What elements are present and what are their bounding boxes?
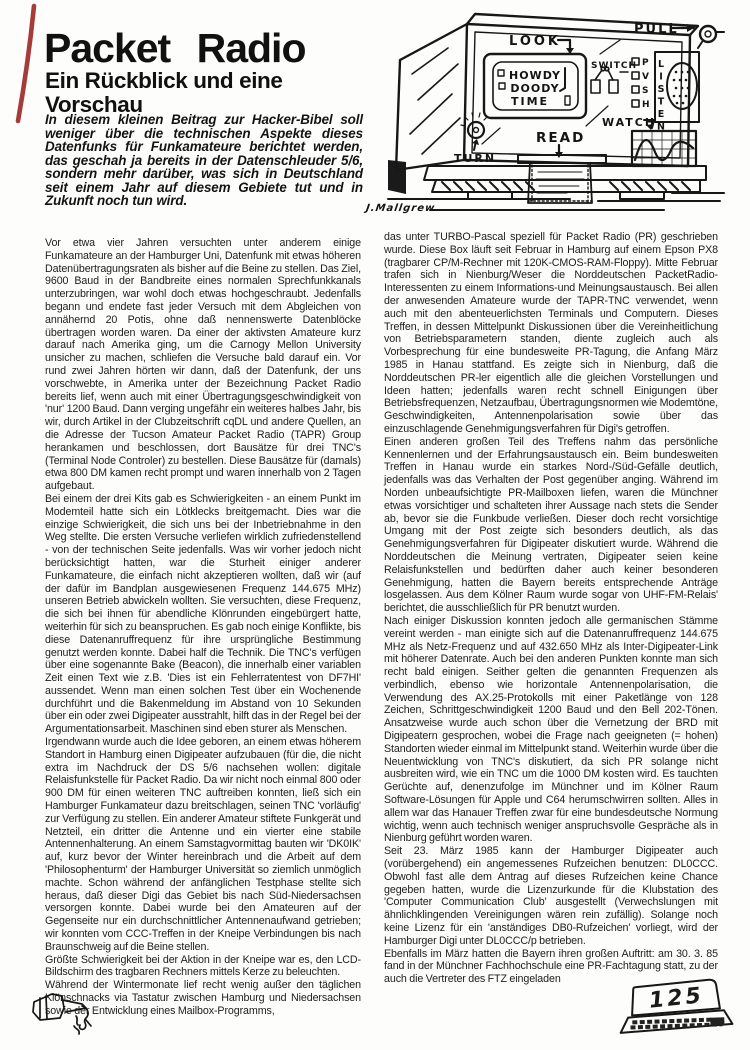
listen-label: LISTEN <box>656 59 667 134</box>
left-column: Vor etwa vier Jahren versuchten unter an… <box>45 237 361 1018</box>
switch-option-s: S <box>642 86 648 96</box>
page-number: 125 <box>648 983 705 1014</box>
body-paragraph: Seit 23. März 1985 kann der Hamburger Di… <box>384 845 718 947</box>
svg-text:LOOK: LOOK <box>509 34 561 49</box>
right-column: das unter TURBO-Pascal speziell für Pack… <box>384 231 718 986</box>
body-paragraph: Irgendwann wurde auch die Idee geboren, … <box>45 736 361 954</box>
switch-option-p: P <box>642 58 649 68</box>
radio-cartoon: HOWDY DOODY TIME LOOK PULL <box>372 2 744 220</box>
switch-panel: SWITCH P V S H <box>591 58 650 110</box>
magazine-page: Packet Radio Ein Rückblick und eine Vors… <box>0 0 750 1050</box>
turn-knob: TURN <box>454 113 496 165</box>
body-paragraph: Größte Schwierigkeit bei der Aktion in d… <box>45 954 361 980</box>
body-paragraph: Vor etwa vier Jahren versuchten unter an… <box>45 237 361 493</box>
scope-panel: WATCH <box>602 116 696 166</box>
red-pen-mark <box>12 2 42 126</box>
intro-paragraph: In diesem kleinen Beitrag zur Hacker-Bib… <box>45 113 363 208</box>
screen: HOWDY DOODY TIME <box>484 54 586 118</box>
page-number-computer: 125 <box>605 974 741 1050</box>
screen-line-3: TIME <box>511 95 549 108</box>
switch-option-v: V <box>642 72 649 82</box>
page-title: Packet Radio <box>44 28 384 69</box>
body-paragraph: Bei einem der drei Kits gab es Schwierig… <box>45 493 361 736</box>
svg-text:READ: READ <box>536 130 585 146</box>
svg-text:TURN: TURN <box>454 152 496 165</box>
body-paragraph: Einen anderen großen Teil des Treffens n… <box>384 436 718 615</box>
hand-doodle-icon <box>26 986 106 1044</box>
screen-line-2: DOODY <box>510 82 559 95</box>
svg-text:PULL: PULL <box>634 22 679 37</box>
svg-text:SWITCH: SWITCH <box>591 61 637 71</box>
pedestal <box>424 166 706 199</box>
screen-line-1: HOWDY <box>509 69 561 82</box>
artist-signature: J.Mallgrew <box>365 203 436 214</box>
svg-text:WATCH: WATCH <box>602 116 656 129</box>
body-paragraph: Nach einiger Diskussion konnten jedoch a… <box>384 615 718 845</box>
switch-option-h: H <box>642 100 650 110</box>
speaker-panel: LISTEN <box>655 52 699 134</box>
body-paragraph: das unter TURBO-Pascal speziell für Pack… <box>384 231 718 436</box>
page-subtitle: Ein Rückblick und eine Vorschau <box>45 69 385 116</box>
